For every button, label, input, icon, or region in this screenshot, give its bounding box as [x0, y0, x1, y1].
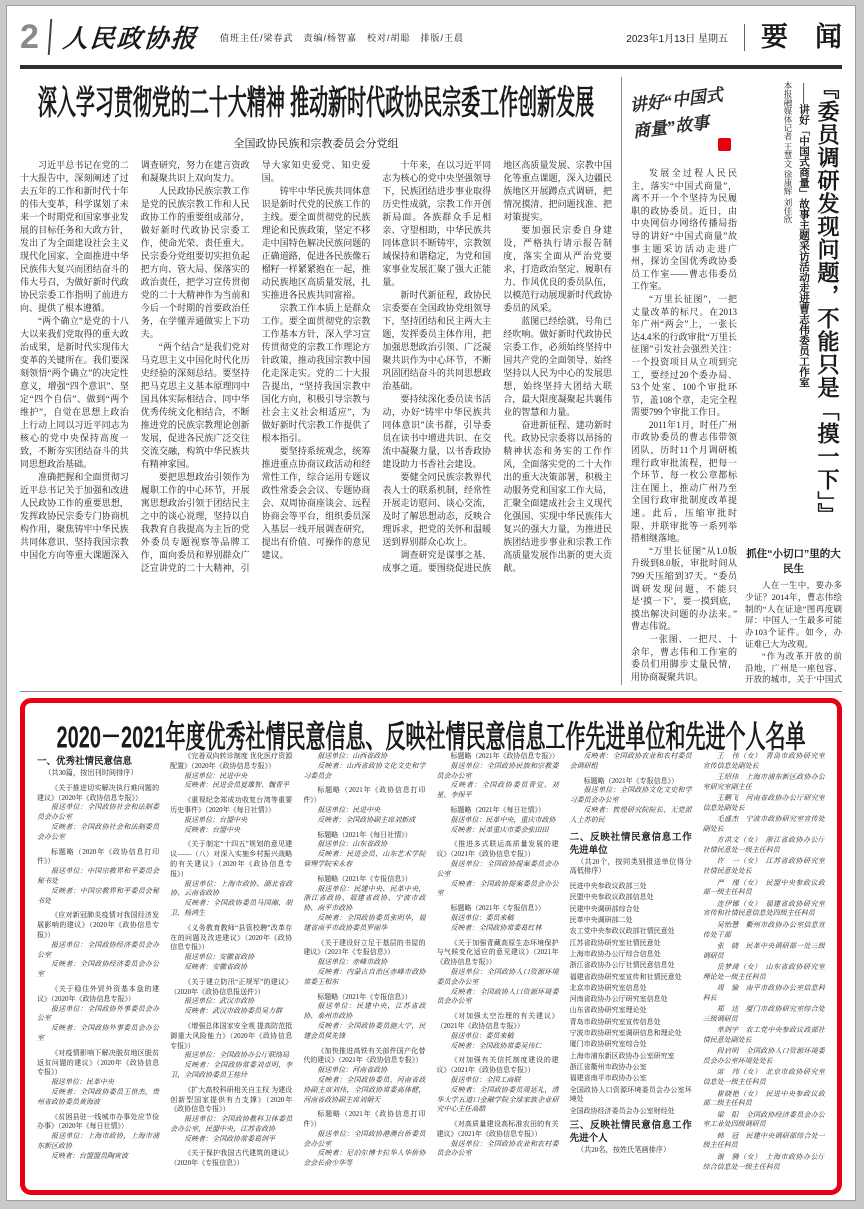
newspaper-page: 2 人民政协报 值班主任/梁春武 责编/杨智嘉 校对/胡聪 排版/王晨 2023…	[6, 5, 856, 1201]
entry-submit-unit: 报送单位：全国政协提案委员会办公室	[436, 860, 558, 880]
entry-submit-unit: 报送单位：民进中央	[170, 772, 292, 782]
story-campaign-logo: 讲好“中国式商量”故事	[631, 77, 737, 163]
entry-title: 标题略（2021年《专报信息》）	[570, 777, 692, 787]
entry-submit-unit: 报送单位：全国政协农业和农村委员会办公室	[436, 1140, 558, 1160]
advanced-unit-item: 浙江省政协办公厅社情民意信息处	[570, 961, 692, 971]
campaign-logo-text: 讲好“中国式商量”故事	[631, 81, 737, 145]
section-divider	[20, 691, 842, 692]
main-article-body: 习近平总书记在党的二十大报告中，深刻阐述了过去五年的工作和新时代十年的伟大变革，…	[20, 159, 612, 685]
article-paragraph: 十年来，在以习近平同志为核心的党中央坚强领导下，民族团结进步事业取得历史性成就，…	[382, 159, 491, 289]
advanced-unit-item: 山东省政协研究室理论处	[570, 1006, 692, 1016]
main-section: 深入学习贯彻党的二十大精神 推动新时代政协民宗委工作创新发展 全国政协民族和宗教…	[20, 77, 842, 685]
right-article-authors: 本报融媒体记者 王慧文 徐康辉 刘佳欣	[781, 81, 795, 539]
entry-submit-unit: 报送单位：全国政协文化文史和学习委员会办公室	[570, 786, 692, 806]
article-paragraph: “万里长征图”，一把丈量改革的标尺。在2013年广州“两会”上，一张长达4.4米…	[631, 293, 737, 419]
entry-reflector: 反映者：全国政协委员张明华，福建省南平市政协委员罗丽华	[303, 914, 425, 934]
section-heading: 三、反映社情民意信息工作先进个人	[570, 1119, 692, 1145]
entry-title: 《加快推进高铁有关部件国产化替代的建议》（2021年《政协信息专报》）	[303, 1047, 425, 1067]
entry-submit-unit: 报送单位：民建中央、民革中央，浙江省政协、福建省政协、宁波市政协、南平市政协	[303, 885, 425, 914]
entry-reflector: 反映者：全国政协常委刘卓明、李卫，全国政协委员王桂玲	[170, 1061, 292, 1081]
entry-submit-unit: 报送单位：委员来稿	[436, 914, 558, 924]
entry-submit-unit: 报送单位：山东省政协	[303, 840, 425, 850]
entry-reflector: 反映者：安徽省政协	[170, 963, 292, 973]
advanced-unit-item: 上海市浦东新区政协办公室研究室	[570, 1052, 692, 1062]
entry-reflector: 反映者：全国政协委员青觉、刘星、李保平	[436, 781, 558, 801]
article-paragraph: 要持续深化委员读书活动，办好“铸牢中华民族共同体意识”读书群，引导委员在读书中增…	[382, 393, 491, 471]
entry-reflector: 反映者：武汉市政协委员吴力群	[170, 1007, 292, 1017]
entry-title: 《对加强有关信托制度建设的建议》（2021年《政协信息专报》）	[436, 1056, 558, 1076]
right-article-title: 『委员调研发现问题，不能只是「摸一下」』	[812, 77, 842, 539]
info-entry: 《加快推进高铁有关部件国产化替代的建议》（2021年《政协信息专报》）报送单位：…	[303, 1047, 425, 1106]
entry-submit-unit: 报送单位：民革中央	[37, 1078, 159, 1088]
info-entry: 《关于建设好立足于基层的书屋的建议》（2021年《专报信息》）报送单位：赤峰市政…	[303, 939, 425, 988]
info-entry: 标题略（2020年《政协信息打印件》）报送单位：中国宗教界和平委员会秘书处反映者…	[37, 848, 159, 907]
advanced-unit-item: 全国政协人口资源环境委员会办公室环境处	[570, 1086, 692, 1106]
entry-submit-unit: 报送单位：全国政协人口资源环境委员会办公室	[436, 968, 558, 988]
entry-title: 《义务教育教师“县管校聘”改革存在的问题及改进建议》（2020年《政协信息专报》…	[170, 924, 292, 953]
entry-reflector: 反映者：全国政协社会和法制委员会办公室	[37, 823, 159, 843]
entry-title: 标题略（2021年《专报信息》）	[436, 904, 558, 914]
info-entry: 标题略（2021年《政协信息打印件》）报送单位：民进中央反映者：全国政协副主席刘…	[303, 786, 425, 825]
info-entry: 《推进多式联运高质量发展的建议》（2021年《政协信息专报》）报送单位：全国政协…	[436, 840, 558, 899]
red-seal-icon	[718, 138, 731, 151]
advanced-person-item: 张 晓 民革中央调研部一处三级调研员	[703, 942, 825, 962]
advanced-unit-item: 青岛市政协研究室宣传信息处	[570, 1018, 692, 1028]
entry-title: 标题略（2021年《专报信息》）	[303, 875, 425, 885]
advanced-unit-item: 北京市政协研究室信息处	[570, 984, 692, 994]
entry-submit-unit: 报送单位：全国政协社会和法制委员会办公室	[37, 803, 159, 823]
info-entry: 标题略（2021年《专报信息》）报送单位：民建中央，江苏省政协、泰州市政协反映者…	[303, 993, 425, 1042]
info-entry: 标题略（2021年《每日社情》）报送单位：山东省政协反映者：民进会员、山东艺术学…	[303, 831, 425, 870]
article-paragraph: 2011年1月，时任广州市政协委员的曹志伟带领团队，历时11个月调研梳理行政审批…	[631, 419, 737, 545]
entry-title: 《增强总体国家安全观 提高防范抵御重大风险能力》（2020年《政协信息专报》）	[170, 1022, 292, 1051]
advanced-person-item: 岳梦琦（女） 山东省政协研究室理论处一级主任科员	[703, 963, 825, 983]
entry-reflector: 反映者：全国政协人口资源环境委员会办公室	[436, 988, 558, 1008]
advanced-person-item: 郑 达 厦门市政协研究室综合处三级调研员	[703, 1005, 825, 1025]
info-entry: 《贫困县驻一线城市办事处应节俭办事》（2020年《每日社情》）报送单位：上海市政…	[37, 1113, 159, 1162]
entry-reflector: 反映者：全国政协常委葛剑平	[170, 1135, 292, 1145]
entry-submit-unit: 报送单位：民建中央，江苏省政协、泰州市政协	[303, 1002, 425, 1022]
advanced-unit-item: 福建省南平市政协办公室	[570, 1074, 692, 1084]
entry-title: 《推进多式联运高质量发展的建议》（2021年《政协信息专报》）	[436, 840, 558, 860]
main-article: 深入学习贯彻党的二十大精神 推动新时代政协民宗委工作创新发展 全国政协民族和宗教…	[20, 77, 612, 685]
entry-title: 《关于建设好立足于基层的书屋的建议》（2021年《专报信息》）	[303, 939, 425, 959]
advanced-unit-item: 全国政协经济委员会办公室财经处	[570, 1107, 692, 1117]
entry-submit-unit: 报送单位：台盟中央	[170, 816, 292, 826]
info-entry: 《关于制定“十四五”规划的意见建议——（八）对深入实施乡村振兴战略的有关建议》（…	[170, 840, 292, 918]
right-article-subtitle: ——讲好「中国式商量」故事主题采访活动走进曹志伟委员工作室	[795, 83, 812, 539]
entry-title: 《贫困县驻一线城市办事处应节俭办事》（2020年《每日社情》）	[37, 1113, 159, 1133]
entry-reflector: 反映者：中国宗教界和平委员会秘书处	[37, 887, 159, 907]
advanced-unit-item: 民盟中央参政议政部信息处	[570, 893, 692, 903]
entry-reflector: 反映者：尼泊尔博卡拉华人华侨协会会长俞少华等	[303, 1149, 425, 1169]
info-entry: 《关于建立防汛“正规军”的建议》（2020年《政协信息报送件》）报送单位：武汉市…	[170, 978, 292, 1017]
announcement-box: 2020－2021年度优秀社情民意信息、反映社情民意信息工作先进单位和先进个人名…	[20, 698, 842, 1195]
entry-title: 《关于保护我国古代建筑的建议》（2020年《专报信息》）	[170, 1149, 292, 1169]
advanced-person-item: 许 一（女） 江苏省政协研究室社情民意处处长	[703, 857, 825, 877]
entry-title: 标题略（2021年《每日社情》）	[303, 831, 425, 841]
entry-reflector: 反映者：全国政协提案委员会办公室	[436, 880, 558, 900]
advanced-person-item: 周 愉 南平市政协办公室信息科科长	[703, 984, 825, 1004]
page-number: 2	[20, 20, 39, 54]
entry-reflector: 反映者：民进会员夏雄智、魏青平	[170, 781, 292, 791]
article-paragraph: 习近平总书记在党的二十大报告中，深刻阐述了过去五年的工作和新时代十年的伟大变革，…	[20, 159, 129, 315]
entry-title: 《关于稳住外贸外资基本盘的建议》（2020年《政协信息专报》）	[37, 985, 159, 1005]
info-entry: 标题略（2021年《专报信息》）报送单位：委员来稿反映者：全国政协常委葛红林	[436, 904, 558, 933]
info-entry: 《增强总体国家安全观 提高防范抵御重大风险能力》（2020年《政协信息专报》）报…	[170, 1022, 292, 1081]
info-entry: 《应对新冠肺炎疫情对我国经济发展影响的建议》（2020年《政协信息专报》）报送单…	[37, 911, 159, 980]
advanced-unit-item: 江苏省政协研究室社情民意处	[570, 939, 692, 949]
page-header: 2 人民政协报 值班主任/梁春武 责编/杨智嘉 校对/胡聪 排版/王晨 2023…	[20, 12, 842, 62]
main-headline-box: 深入学习贯彻党的二十大精神 推动新时代政协民宗委工作创新发展	[20, 77, 612, 129]
announcement-columns: 一、优秀社情民意信息（共30篇，按出刊时间排序）《关于推进切实解决执行难问题的建…	[37, 752, 825, 1180]
article-paragraph: 人在一生中，要办多少证？2014年，曹志伟绘制的“人在证途”图再度刷屏：中国人一…	[745, 580, 842, 651]
advanced-person-item: 严 瑾（女） 民盟中央参政议政部一级主任科员	[703, 879, 825, 899]
right-article-crosshead: 抓住“小切口”里的大民生	[745, 546, 842, 576]
vertical-title-block: 『委员调研发现问题，不能只是「摸一下」』 ——讲好「中国式商量」故事主题采访活动…	[745, 77, 842, 539]
entry-reflector: 反映者：内蒙古自治区赤峰市政协常委王相东	[303, 968, 425, 988]
entry-title: 《关于推进切实解决执行难问题的建议》（2020年《政协信息专报》）	[37, 784, 159, 804]
entry-title: 标题略（2021年《政协信息打印件》）	[303, 1110, 425, 1130]
entry-reflector: 反映者：台盟中央	[170, 826, 292, 836]
entry-submit-unit: 报送单位：全国政协外事委员会办公室	[37, 1005, 159, 1025]
entry-submit-unit: 报送单位：赤峰市政协	[303, 958, 425, 968]
entry-reflector: 反映者：全国政协常委吴伟仁	[436, 1042, 558, 1052]
entry-title: 标题略（2020年《政协信息打印件》）	[37, 848, 159, 868]
article-paragraph: 蓝图已经绘就，号角已经吹响。做好新时代政协民宗委工作，必须始终坚持中国共产党的全…	[503, 315, 612, 419]
advanced-unit-item: 浙江省衢州市政协办公室	[570, 1063, 692, 1073]
right-article-left-column: 讲好“中国式商量”故事 发展全过程人民民主，落实“中国式商量”，离不开一个个坚持…	[631, 77, 737, 685]
entry-submit-unit: 报送单位：河南省政协	[303, 1066, 425, 1076]
entry-title: 《对高质量建设高标准农田的有关建议》（2021年《政协信息专报》）	[436, 1120, 558, 1140]
info-entry: 标题略（2021年《政协信息专报》）报送单位：全国政协民族和宗教委员会办公室反映…	[436, 752, 558, 801]
entry-reflector: 反映者：民进会员、山东艺术学院管理学院宋永春	[303, 850, 425, 870]
entry-reflector: 反映者：全国政协委员、河南省政协副主席刘伟，全国政协常委高体健，河南省政协副主席…	[303, 1076, 425, 1105]
date-line: 2023年1月13日 星期五	[626, 30, 728, 45]
article-paragraph: 发展全过程人民民主，落实“中国式商量”，离不开一个个坚持为民履职的政协委员。近日…	[631, 167, 737, 293]
advanced-person-item: 崔晓艳（女） 民进中央参政议政部二级主任科员	[703, 1090, 825, 1110]
info-entry: 《完善双向转诊制度 优化医疗资源配置》（2020年《政协信息专报》）报送单位：民…	[170, 752, 292, 791]
article-paragraph: “万里长征图”从1.0版升级到8.0版，审批时间从799天压缩到37天。“委员调…	[631, 545, 737, 633]
section-label: 要 闻	[744, 24, 842, 51]
article-paragraph: “两个结合”是我们党对马克思主义中国化时代化历史经验的深刻总结。要坚持把马克思主…	[141, 341, 250, 471]
article-paragraph: 人民政协民族宗教工作是党的民族宗教工作和人民政协工作的重要组成部分，做好新时代政…	[141, 185, 250, 341]
entry-reflector: 反映者：山西省政协文化文史和学习委员会	[303, 762, 425, 782]
advanced-unit-item: 厦门市政协研究室综合处	[570, 1040, 692, 1050]
info-entry: 标题略（2021年《专报信息》）报送单位：全国政协文化文史和学习委员会办公室反映…	[570, 777, 692, 826]
announcement-title: 2020－2021年度优秀社情民意信息、反映社情民意信息工作先进单位和先进个人名…	[57, 712, 806, 757]
entry-reflector: 反映者：民革重庆市委会张田田	[436, 826, 558, 836]
staff-credits: 值班主任/梁春武 责编/杨智嘉 校对/胡聪 排版/王晨	[220, 31, 464, 44]
entry-submit-unit: 报送单位：全国政协港澳台侨委员会办公室	[303, 1130, 425, 1150]
entry-reflector: 反映者：全国政协委员马国湘、胡卫、杨鸿生	[170, 899, 292, 919]
entry-submit-unit: 报送单位：民进中央	[303, 806, 425, 816]
entry-title: 《对疫情影响下解决脱贫地区脱贫返贫问题的建议》（2020年《政协信息专报》）	[37, 1049, 159, 1078]
section-note: （共20名，按姓氏笔画排序）	[570, 1146, 692, 1156]
entry-reflector: 反映者：敦煌研究院院长、无党派人士苏伯民	[570, 806, 692, 826]
newspaper-masthead: 人民政协报	[48, 19, 200, 55]
main-headline: 深入学习贯彻党的二十大精神 推动新时代政协民宗委工作创新发展	[38, 77, 594, 124]
entry-title: 《扩大高校科研相关自主权 为建设创新型国家提供有力支撑》（2020年《政协信息专…	[170, 1086, 292, 1115]
advanced-unit-item: 民进中央参政议政部三处	[570, 882, 692, 892]
entry-reflector: 反映者：全国政协委员周延礼，清华大学五道口金融学院全球家族企业研究中心主任高皓	[436, 1086, 558, 1115]
entry-reflector: 反映者：全国政协委员施大宁，民建会员侯先锋	[303, 1022, 425, 1042]
entry-title: 《重视纪念郑成功收复台湾等重要历史事件》（2020年《每日社情》）	[170, 796, 292, 816]
entry-reflector: 反映者：全国政协外事委员会办公室	[37, 1024, 159, 1044]
entry-submit-unit: 报送单位：全国政协办公厅联络局	[170, 1051, 292, 1061]
article-paragraph: 新时代新征程，政协民宗委要在全国政协党组领导下，坚持团结和民主两大主题，发挥委员…	[382, 289, 491, 393]
advanced-person-item: 梁 阳 全国政协经济委员会办公室工业处四级调研员	[703, 1111, 825, 1131]
advanced-unit-item: 河南省政协办公厅研究室信息处	[570, 995, 692, 1005]
entry-submit-unit: 报送单位：安徽省政协	[170, 953, 292, 963]
article-paragraph: “作为改革开放的前沿地，广州是一座包容、开放的城市，关于‘中国式商量’的故事也在…	[745, 651, 842, 685]
entry-reflector: 反映者：全国政协委员王世杰，贵州省政协委员黄海波	[37, 1088, 159, 1108]
info-entry: 《对疫情影响下解决脱贫地区脱贫返贫问题的建议》（2020年《政协信息专报》）报送…	[37, 1049, 159, 1108]
entry-title: 标题略（2021年《专报信息》）	[303, 993, 425, 1003]
info-entry: 《义务教育教师“县管校聘”改革存在的问题及改进建议》（2020年《政协信息专报》…	[170, 924, 292, 973]
advanced-person-item: 谢 腾（女） 上海市政协办公厅综合信息处一级主任科员	[703, 1153, 825, 1173]
entry-title: 标题略（2021年《政协信息打印件》）	[303, 786, 425, 806]
entry-submit-unit: 报送单位：中国宗教界和平委员会秘书处	[37, 867, 159, 887]
entry-submit-unit: 报送单位：全国政协民族和宗教委员会办公室	[436, 762, 558, 782]
info-entry: 《对加强太空治理的有关建议》（2021年《政协信息专报》）报送单位：委员来稿反映…	[436, 1012, 558, 1051]
header-rule	[20, 65, 842, 69]
entry-reflector: 反映者：全国政协副主席刘新成	[303, 816, 425, 826]
info-entry: 《对加强有关信托制度建设的建议》（2021年《政协信息专报》）报送单位：全国工商…	[436, 1056, 558, 1115]
info-entry: 《关于稳住外贸外资基本盘的建议》（2020年《政协信息专报》）报送单位：全国政协…	[37, 985, 159, 1044]
advanced-unit-item: 宁波市政协研究室调研信息和理论处	[570, 1029, 692, 1039]
article-paragraph: 要坚持系统观念，统筹推进重点协商议政活动和经常性工作，综合运用专题议政性常委会会…	[262, 445, 371, 562]
entry-reflector: 反映者：全国政协常委葛红林	[436, 924, 558, 934]
advanced-person-item: 毛盛杰 宁波市政协研究室宣传处副处长	[703, 815, 825, 835]
info-entry: 标题略（2021年《专报信息》）报送单位：民建中央、民革中央，浙江省政协、福建省…	[303, 875, 425, 934]
article-paragraph: 要加强民宗委自身建设，严格执行请示报告制度，落实全面从严治党要求，打造政治坚定、…	[503, 224, 612, 315]
entry-reflector: 反映者：台盟盟员陶寅波	[37, 1152, 159, 1162]
entry-title: 《关于加强青藏高原生态环境保护与气候变化适应的意见建议》（2021年《政协信息专…	[436, 939, 558, 968]
advanced-unit-item: 民革中央调研部二处	[570, 916, 692, 926]
entry-title: 标题略（2021年《每日社情》）	[436, 806, 558, 816]
section-note: （共20个，按同类别报送单位得分高低排序）	[570, 858, 692, 878]
newspaper-page-background: { "colors": { "accent_red": "#e60012", "…	[0, 0, 864, 1209]
entry-submit-unit: 报送单位：上海市政协、湖北省政协、云南省政协	[170, 880, 292, 900]
section-heading: 二、反映社情民意信息工作先进单位	[570, 831, 692, 857]
info-entry: 《扩大高校科研相关自主权 为建设创新型国家提供有力支撑》（2020年《政协信息专…	[170, 1086, 292, 1145]
entry-title: 《关于建立防汛“正规军”的建议》（2020年《政协信息报送件》）	[170, 978, 292, 998]
article-paragraph: 奋进新征程、建功新时代。政协民宗委将以昂扬的精神状态和务实的工作作风，全面落实党…	[503, 419, 612, 575]
advanced-unit-item: 民建中央调研部综合处	[570, 905, 692, 915]
entry-title: 《对加强太空治理的有关建议》（2021年《政协信息专报》）	[436, 1012, 558, 1032]
info-entry: 标题略（2021年《政协信息打印件》）报送单位：全国政协港澳台侨委员会办公室反映…	[303, 1110, 425, 1169]
article-paragraph: 要健全同民族宗教界代表人士的联系机制，经常性开展走访慰问、谈心交流，及时了解思想…	[382, 471, 491, 549]
entry-submit-unit: 报送单位：上海市政协，上海市浦东新区政协	[37, 1132, 159, 1152]
advanced-unit-item: 上海市政协办公厅综合信息处	[570, 950, 692, 960]
advanced-person-item: 段启明 全国政协人口资源环境委员会办公室环境处处长	[703, 1047, 825, 1067]
advanced-person-item: 韩 冠 民建中央调研部综合处一级主任科员	[703, 1132, 825, 1152]
right-article: 讲好“中国式商量”故事 发展全过程人民民主，落实“中国式商量”，离不开一个个坚持…	[621, 77, 842, 685]
advanced-person-item: 王鹏飞 河南省政协办公厅研究室信息处副处长	[703, 794, 825, 814]
right-article-lead: 发展全过程人民民主，落实“中国式商量”，离不开一个个坚持为民履职的政协委员。近日…	[631, 167, 737, 685]
advanced-person-item: 连伊娜（女） 福建省政协研究室宣传和社情民意信息处四级主任科员	[703, 900, 825, 920]
article-paragraph: 宗教工作本质上是群众工作。要全面贯彻党的宗教工作基本方针，深入学习宣传贯彻党的宗…	[262, 302, 371, 445]
info-entry: 《重视纪念郑成功收复台湾等重要历史事件》（2020年《每日社情》）报送单位：台盟…	[170, 796, 292, 835]
info-entry: 《关于推进切实解决执行难问题的建议》（2020年《政协信息专报》）报送单位：全国…	[37, 784, 159, 843]
advanced-person-item: 席 玮（女） 北京市政协研究室信息处一级主任科员	[703, 1068, 825, 1088]
advanced-unit-item: 福建省政协研究室宣传和社情民意处	[570, 973, 692, 983]
entry-submit-unit: 报送单位：委员来稿	[436, 1032, 558, 1042]
main-byline: 全国政协民族和宗教委员会分党组	[20, 135, 612, 151]
entry-reflector: 反映者：全国政协经济委员会办公室	[37, 960, 159, 980]
right-article-tail: 人在一生中，要办多少证？2014年，曹志伟绘制的“人在证途”图再度刷屏：中国人一…	[745, 580, 842, 685]
entry-submit-unit: 报送单位：民革中央，重庆市政协	[436, 816, 558, 826]
entry-submit-unit: 报送单位：全国政协经济委员会办公室	[37, 941, 159, 961]
advanced-person-item: 方洪文（女） 浙江省政协办公厅社情民意处一级主任科员	[703, 836, 825, 856]
entry-submit-unit: 报送单位：武汉市政协	[170, 997, 292, 1007]
announcement-title-box: 2020－2021年度优秀社情民意信息、反映社情民意信息工作先进单位和先进个人名…	[37, 707, 825, 751]
entry-submit-unit: 报送单位：全国工商联	[436, 1076, 558, 1086]
advanced-person-item: 单剑宇 农工党中央参政议政部社情民意处副处长	[703, 1026, 825, 1046]
entry-submit-unit: 报送单位：全国政协教科卫体委员会办公室，民盟中央，江苏省政协	[170, 1115, 292, 1135]
section-note: （共30篇，按出刊时间排序）	[37, 769, 159, 779]
info-entry: 《关于加强青藏高原生态环境保护与气候变化适应的意见建议》（2021年《政协信息专…	[436, 939, 558, 1008]
info-entry: 标题略（2021年《每日社情》）报送单位：民革中央，重庆市政协反映者：民革重庆市…	[436, 806, 558, 835]
entry-title: 《应对新冠肺炎疫情对我国经济发展影响的建议》（2020年《政协信息专报》）	[37, 911, 159, 940]
article-paragraph: 一张图、一把尺、十余年，曹志伟和工作室的委员们用脚步丈量民情，用协商凝聚共识。	[631, 633, 737, 683]
right-article-title-column: 『委员调研发现问题，不能只是「摸一下」』 ——讲好「中国式商量」故事主题采访活动…	[745, 77, 842, 685]
advanced-person-item: 王绍伟 上海市浦东新区政协办公室研究室副主任	[703, 773, 825, 793]
article-paragraph: 铸牢中华民族共同体意识是新时代党的民族工作的主线。要全面贯彻党的民族理论和民族政…	[262, 185, 371, 302]
entry-title: 《关于制定“十四五”规划的意见建议——（八）对深入实施乡村振兴战略的有关建议》（…	[170, 840, 292, 879]
article-paragraph: “两个确立”是党的十八大以来我们党取得的重大政治成果，是新时代实现伟大变革的关键…	[20, 315, 129, 471]
advanced-person-item: 吴怡慧 衢州市政协办公室信息宣传处干部	[703, 921, 825, 941]
advanced-unit-item: 农工党中央参政议政部社情民意处	[570, 927, 692, 937]
